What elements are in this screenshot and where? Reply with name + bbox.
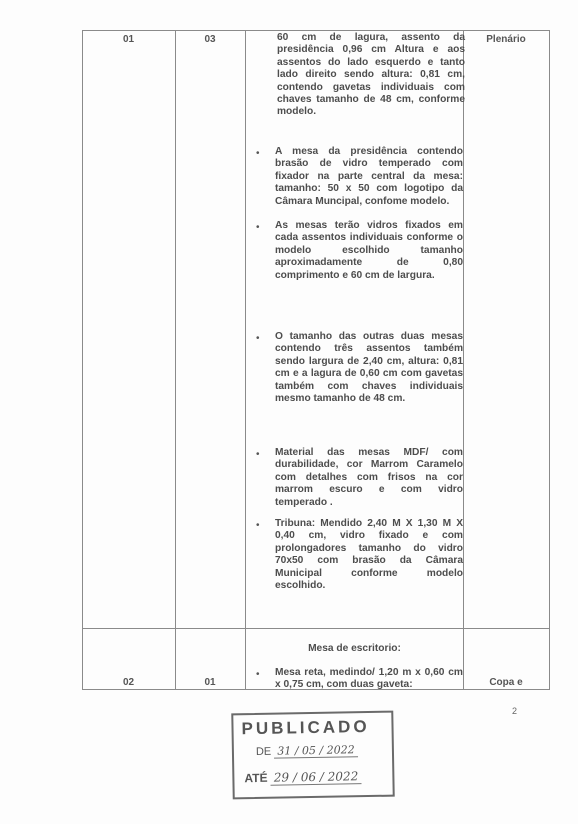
item-number: 01 — [82, 34, 175, 45]
row-divider — [82, 628, 550, 629]
item-quantity: 03 — [175, 34, 245, 45]
bullet-icon: • — [256, 222, 260, 233]
bullet-icon: • — [256, 669, 260, 680]
stamp-from-label: DE — [256, 746, 271, 758]
item-location: Copa e — [463, 677, 549, 688]
description-bullet: Tribuna: Mendido 2,40 M X 1,30 M X 0,40 … — [275, 518, 463, 592]
table-border-left — [82, 30, 83, 690]
bullet-icon: • — [256, 449, 260, 460]
page-number: 2 — [512, 706, 517, 716]
item-title: Mesa de escritorio: — [246, 643, 463, 654]
description-bullet: O tamanho das outras duas mesas contendo… — [275, 331, 463, 405]
description-bullet: As mesas terão vidros fixados em cada as… — [275, 220, 463, 282]
items-table: 01 03 Plenário 60 cm de lagura, assento … — [82, 30, 550, 690]
publication-stamp: PUBLICADO DE 31 / 05 / 2022 ATÉ 29 / 06 … — [231, 711, 394, 800]
bullet-icon: • — [256, 520, 260, 531]
stamp-from-row: DE 31 / 05 / 2022 — [256, 743, 358, 758]
stamp-to-row: ATÉ 29 / 06 / 2022 — [244, 769, 361, 785]
description-continuation: 60 cm de lagura, assento da presidência … — [277, 32, 465, 119]
bullet-icon: • — [256, 148, 260, 159]
stamp-to-label: ATÉ — [244, 771, 267, 785]
table-border-top — [82, 30, 550, 31]
column-divider — [463, 30, 464, 690]
stamp-from-date: 31 / 05 / 2022 — [274, 743, 358, 758]
description-bullet: Mesa reta, medindo/ 1,20 m x 0,60 cm x 0… — [275, 667, 463, 692]
item-number: 02 — [82, 677, 175, 688]
column-divider — [175, 30, 176, 690]
description-bullet: Material das mesas MDF/ com durabilidade… — [275, 447, 463, 509]
item-location: Plenário — [463, 34, 549, 45]
table-border-right — [549, 30, 550, 690]
stamp-title: PUBLICADO — [241, 717, 369, 739]
document-page: 01 03 Plenário 60 cm de lagura, assento … — [0, 0, 578, 824]
description-bullet: A mesa da presidência contendo brasão de… — [275, 146, 463, 208]
bullet-icon: • — [256, 333, 260, 344]
column-divider — [245, 30, 246, 690]
stamp-to-date: 29 / 06 / 2022 — [271, 769, 362, 786]
item-quantity: 01 — [175, 677, 245, 688]
